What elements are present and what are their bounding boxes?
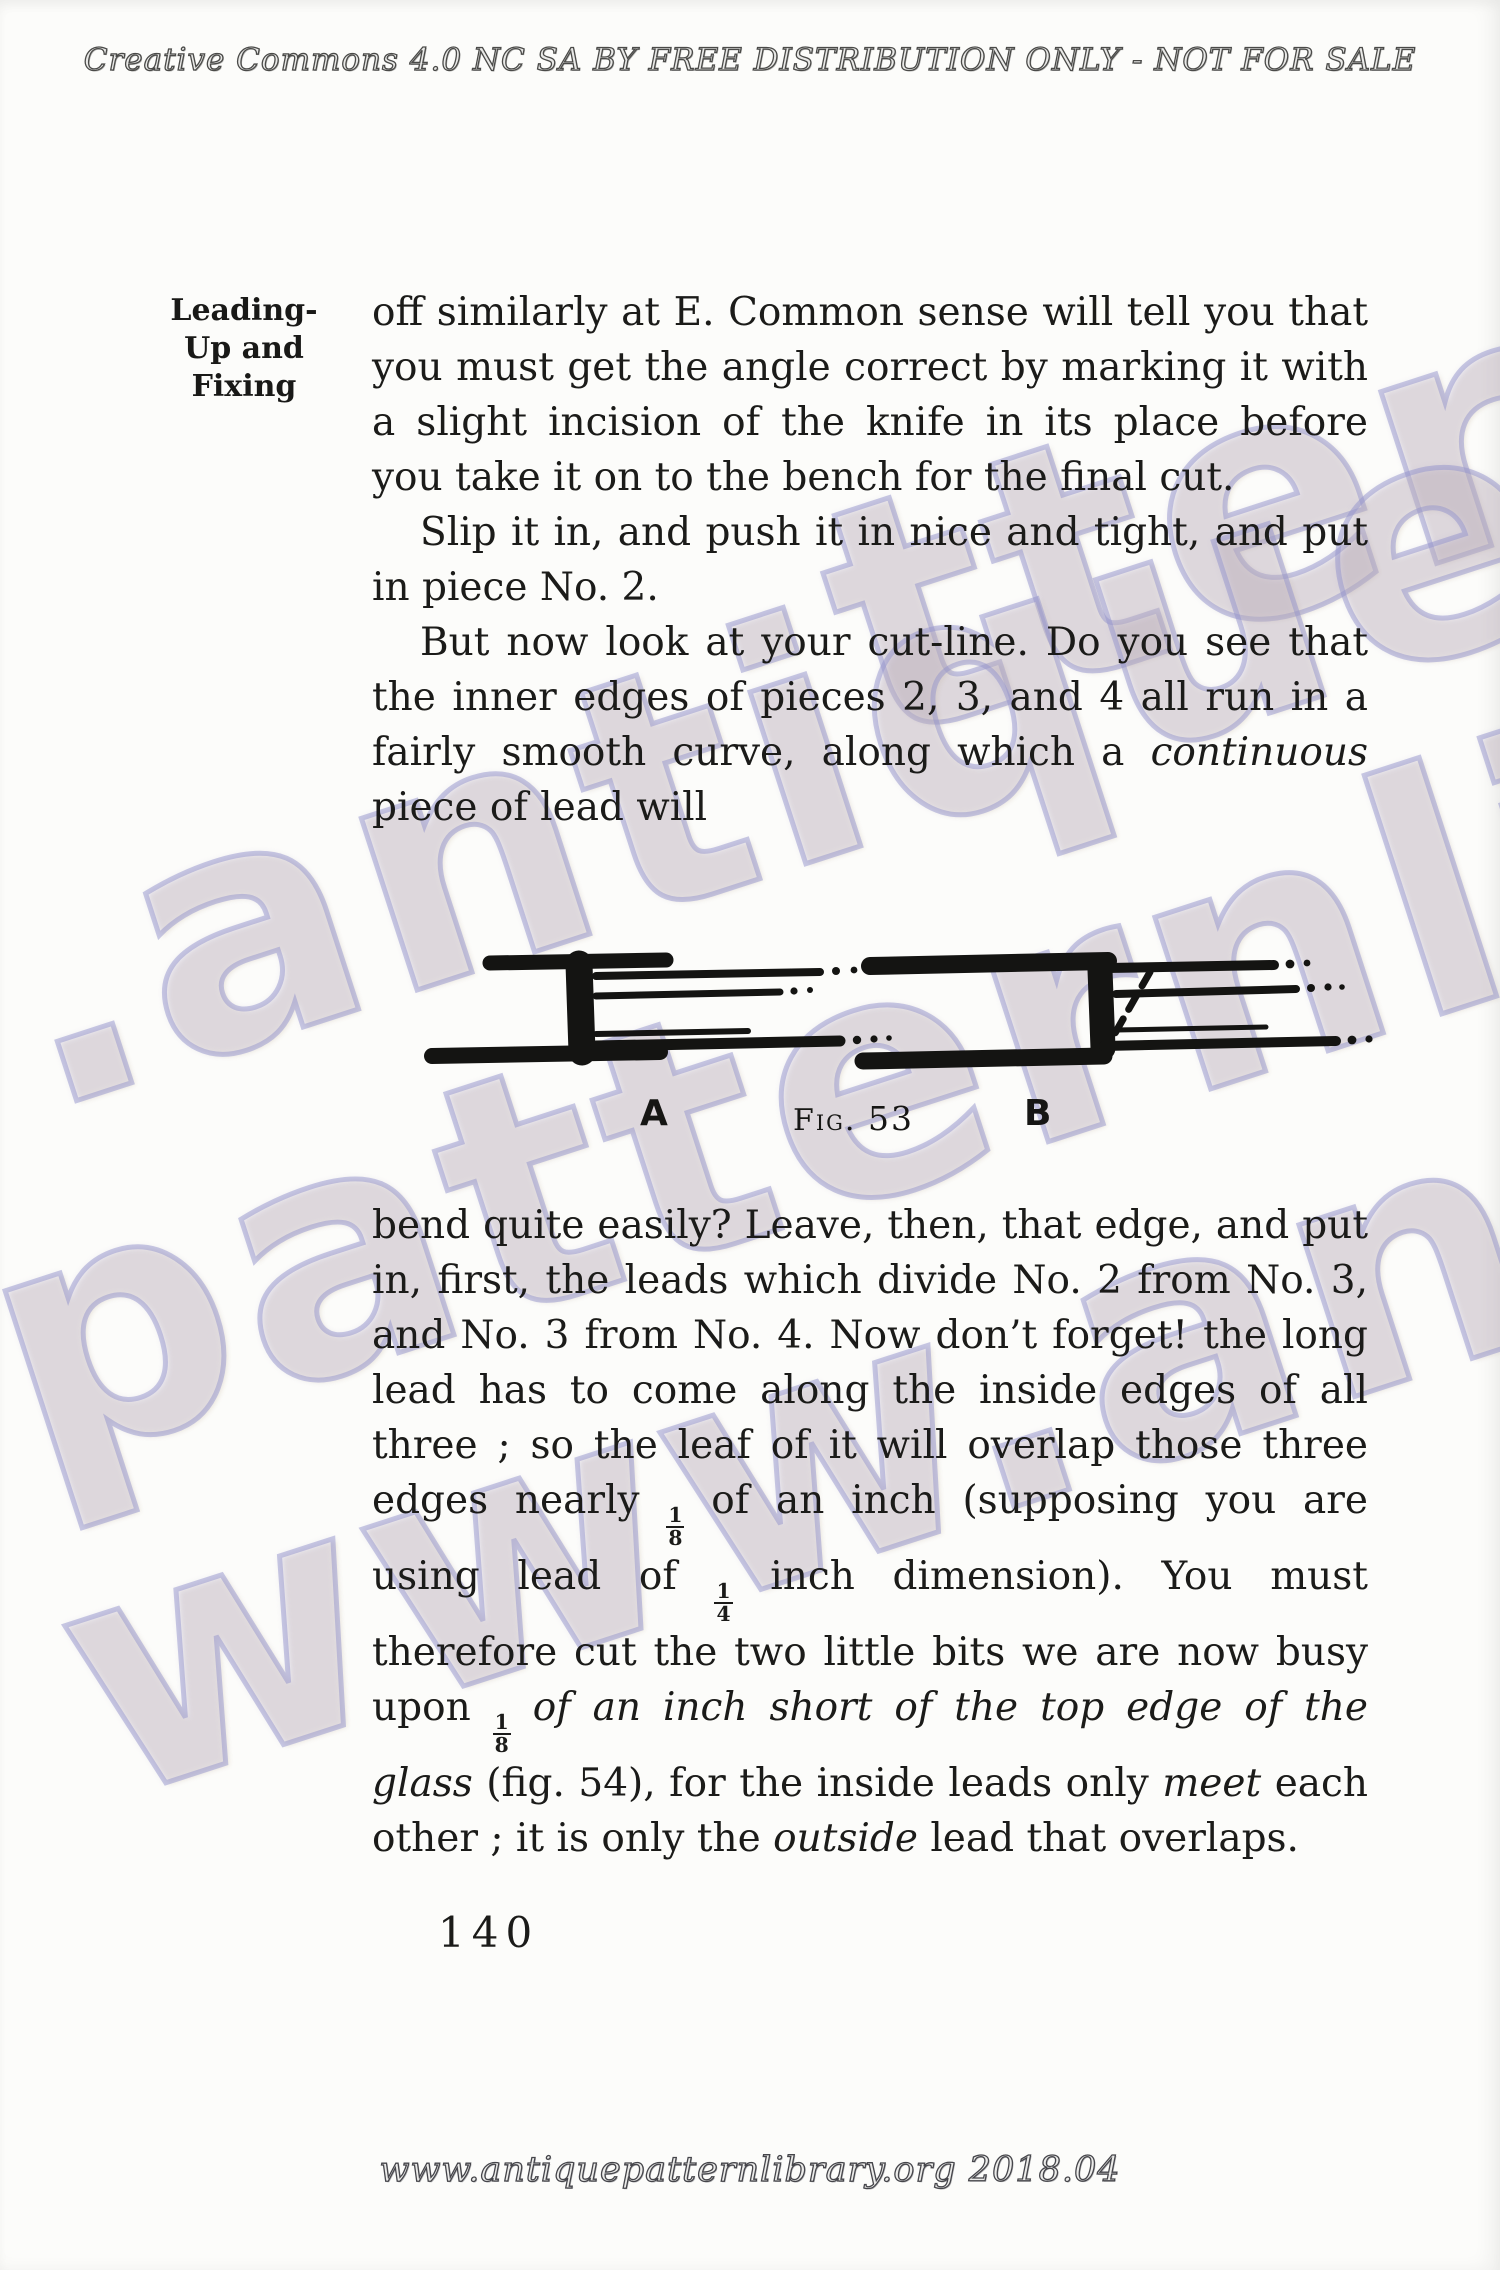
text-segment: off similarly at E. Common sense will te… bbox=[372, 290, 1368, 500]
page-number: 140 bbox=[438, 1908, 539, 1957]
paragraph: But now look at your cut-line. Do you se… bbox=[372, 615, 1368, 835]
text-segment-italic: continuous bbox=[1151, 730, 1368, 775]
text-segment: bend quite easily? Leave, then, that edg… bbox=[372, 1203, 1368, 1523]
fraction-one-eighth: 18 bbox=[666, 1505, 684, 1550]
license-header: Creative Commons 4.0 NC SA BY FREE DISTR… bbox=[0, 42, 1500, 78]
figure-caption-number: 53 bbox=[868, 1099, 914, 1138]
fraction-one-eighth: 18 bbox=[493, 1712, 511, 1757]
paragraph: bend quite easily? Leave, then, that edg… bbox=[372, 1198, 1368, 1866]
figure-label-a: A bbox=[640, 1093, 668, 1134]
margin-note: Leading- Up and Fixing bbox=[146, 292, 342, 406]
scanned-book-page: tternlibr .antiquepatternlibrary.org pat… bbox=[0, 0, 1500, 2270]
text-segment-italic: outside bbox=[773, 1816, 918, 1861]
fraction-one-quarter: 14 bbox=[714, 1581, 732, 1626]
text-segment-italic: meet bbox=[1162, 1761, 1261, 1806]
figure-53-drawing bbox=[408, 942, 1393, 1092]
text-segment: Slip it in, and push it in nice and tigh… bbox=[372, 510, 1368, 610]
body-text-upper: off similarly at E. Common sense will te… bbox=[372, 285, 1368, 835]
text-segment: piece of lead will bbox=[372, 785, 707, 830]
paragraph: off similarly at E. Common sense will te… bbox=[372, 285, 1368, 505]
paragraph: Slip it in, and push it in nice and tigh… bbox=[372, 505, 1368, 615]
text-segment: (fig. 54), for the inside leads only bbox=[473, 1761, 1163, 1806]
margin-note-line: Up and bbox=[146, 330, 342, 368]
text-segment: lead that overlaps. bbox=[918, 1816, 1299, 1861]
margin-note-line: Leading- bbox=[146, 292, 342, 330]
footer-url-date: www.antiquepatternlibrary.org 2018.04 bbox=[0, 2150, 1500, 2190]
margin-note-line: Fixing bbox=[146, 368, 342, 406]
figure-caption: Fig. 53 bbox=[793, 1099, 914, 1138]
figure-caption-word: Fig. bbox=[793, 1103, 856, 1138]
figure-label-b: B bbox=[1024, 1093, 1051, 1134]
body-text-lower: bend quite easily? Leave, then, that edg… bbox=[372, 1198, 1368, 1866]
